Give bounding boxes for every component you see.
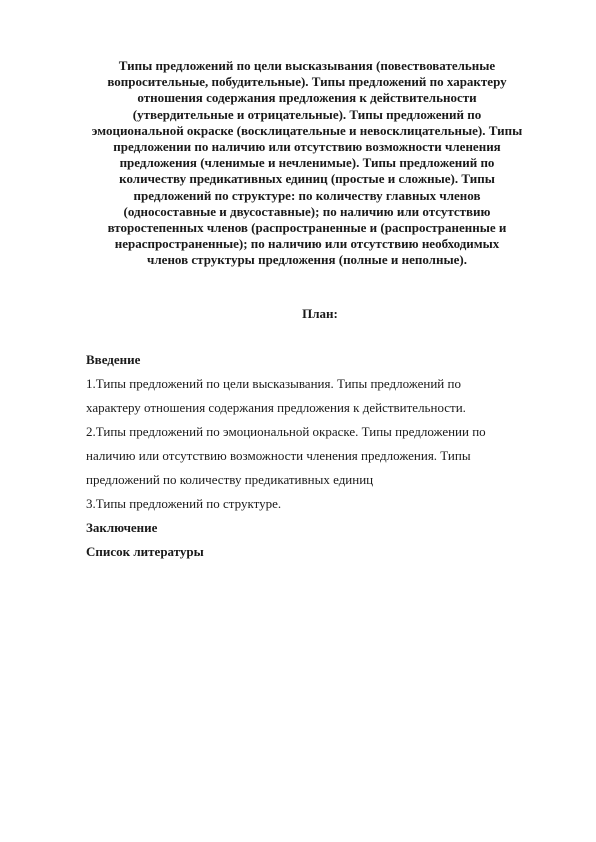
plan-item-2: 2.Типы предложений по эмоциональной окра… [86,420,556,444]
title-line: предложении по наличию или отсутствию во… [82,139,532,155]
title-line: количеству предикативных единиц (простые… [82,171,532,187]
title-line: Типы предложений по цели высказывания (п… [82,58,532,74]
title-line: членов структуры предложення (полные и н… [82,252,532,268]
title-line: отношения содержания предложения к дейст… [82,90,532,106]
document-title: Типы предложений по цели высказывания (п… [82,58,532,269]
plan-item-1-cont: характеру отношения содержания предложен… [86,396,556,420]
plan-item-2-cont: наличию или отсутствию возможности члене… [86,444,556,468]
document-page: Типы предложений по цели высказывания (п… [0,0,596,842]
plan-item-1: 1.Типы предложений по цели высказывания.… [86,372,556,396]
title-line: (односоставные и двусоставные); по налич… [82,204,532,220]
title-line: второстепенных членов (распространенные … [82,220,532,236]
plan-list: Введение 1.Типы предложений по цели выск… [86,348,556,564]
plan-heading: План: [0,306,596,322]
plan-item-3: 3.Типы предложений по структуре. [86,492,556,516]
title-line: (утвердительные и отрицательные). Типы п… [82,107,532,123]
title-line: вопросительные, побудительные). Типы пре… [82,74,532,90]
plan-item-2-cont: предложений по количеству предикативных … [86,468,556,492]
title-line: предложений по структуре: по количеству … [82,188,532,204]
title-line: предложения (членимые и нечленимые). Тип… [82,155,532,171]
plan-item-conclusion: Заключение [86,516,556,540]
plan-item-bibliography: Список литературы [86,540,556,564]
title-line: эмоциональной окраске (восклицательные и… [82,123,532,139]
plan-item-introduction: Введение [86,348,556,372]
title-line: нераспространенные); по наличию или отсу… [82,236,532,252]
